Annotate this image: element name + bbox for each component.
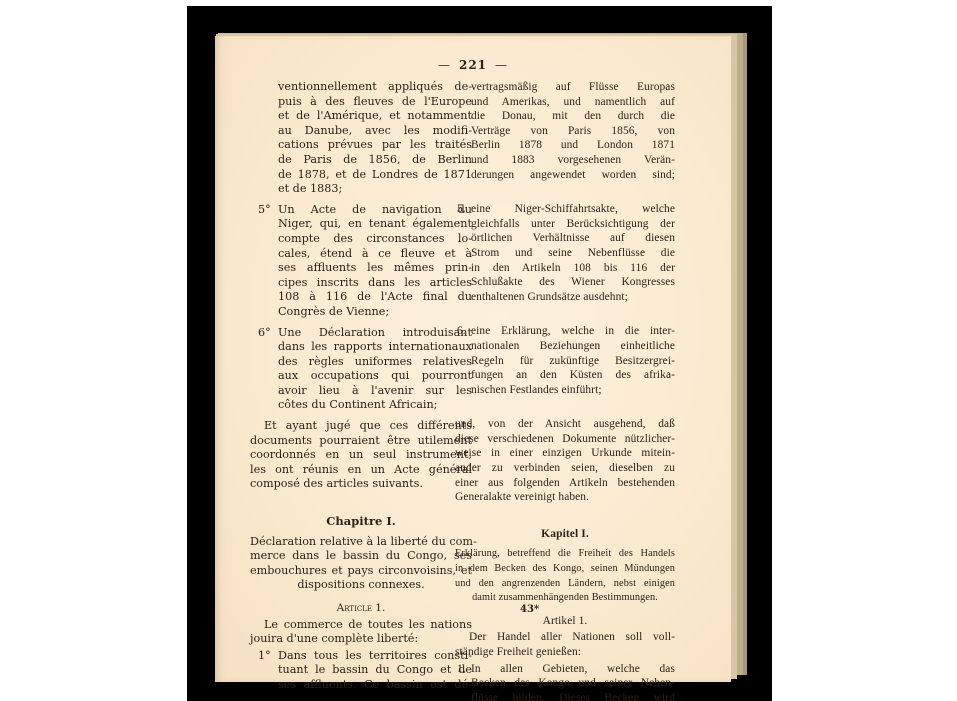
text-line: und den angrenzenden Ländern, nebst eini… xyxy=(455,577,675,592)
de-article-item-1: 1. In allen Gebieten, welche das Becken … xyxy=(455,662,675,701)
text-line: au Danube, avec les modifi- xyxy=(278,124,472,139)
text-line: ander zu verbinden seien, dieselben zu xyxy=(455,461,675,476)
fr-item-5: 5° Un Acte de navigation du Niger, qui, … xyxy=(250,203,472,320)
text-line: Regeln für zukünftige Besitzergrei- xyxy=(471,354,675,369)
page-number: 221 xyxy=(459,58,487,72)
text-line: avoir lieu à l'avenir sur les xyxy=(278,384,472,399)
fr-article-title: Article 1. xyxy=(250,601,472,616)
de-chapter-title: Kapitel I. xyxy=(455,527,675,542)
text-line: ses affluents les mêmes prin- xyxy=(278,261,472,276)
text-line: eine Niger-Schiffahrtsakte, welche xyxy=(471,202,675,217)
text-line: diese verschiedenen Dokumente nützlicher… xyxy=(455,432,675,447)
text-line: in den Artikeln 108 bis 116 der xyxy=(471,261,675,276)
page-header: —221— xyxy=(215,58,731,72)
text-line: gleichfalls unter Berücksichtigung der xyxy=(471,217,675,232)
text-line: composé des articles suivants. xyxy=(250,477,472,492)
text-line: Une Déclaration introduisant xyxy=(278,326,472,341)
item-number: 5. xyxy=(457,202,466,217)
german-column: vertragsmäßig auf Flüsse Europas und Ame… xyxy=(455,80,675,701)
item-number: 5° xyxy=(258,203,271,218)
text-line: Congrès de Vienne; xyxy=(278,305,472,320)
text-line: les ont réunis en un Acte général xyxy=(250,463,472,478)
french-column: ventionnellement appliqués de- puis à de… xyxy=(250,80,472,693)
text-line: et de l'Amérique, et notamment xyxy=(278,109,472,124)
fr-chapter-title: Chapitre I. xyxy=(250,514,472,529)
book-page: —221— ventionnellement appliqués de- pui… xyxy=(215,36,731,682)
text-line: puis à des fleuves de l'Europe xyxy=(278,95,472,110)
text-line: Strom und seine Nebenflüsse die xyxy=(471,246,675,261)
fr-chapter-subtitle: Déclaration relative à la liberté du com… xyxy=(250,535,472,593)
text-line: dispositions connexes. xyxy=(250,578,472,593)
text-line: Niger, qui, en tenant également xyxy=(278,217,472,232)
text-line: ständige Freiheit genießen: xyxy=(455,645,675,660)
text-line: Generalakte vereinigt haben. xyxy=(455,490,675,505)
text-line: nischen Festlandes einführt; xyxy=(471,383,675,398)
item-number: 6° xyxy=(258,326,271,341)
folio-signature: 43* xyxy=(520,604,539,615)
text-line: enthaltenen Grundsätze ausdehnt; xyxy=(471,290,675,305)
text-line: weise in einer einzigen Urkunde mitein- xyxy=(455,446,675,461)
text-line: Dans tous les territoires consti- xyxy=(278,649,472,664)
de-continuation: vertragsmäßig auf Flüsse Europas und Ame… xyxy=(455,80,675,182)
text-line: Becken des Kongo und seiner Neben- xyxy=(471,676,675,691)
text-line: örtlichen Verhältnisse auf diesen xyxy=(471,231,675,246)
text-line: documents pourraient être utilement xyxy=(250,434,472,449)
text-line: nationalen Beziehungen einheitliche xyxy=(471,339,675,354)
text-line: des règles uniformes relatives xyxy=(278,355,472,370)
item-number: 1. xyxy=(457,662,466,677)
fr-item-6: 6° Une Déclaration introduisant dans les… xyxy=(250,326,472,414)
de-chapter-subtitle: Erklärung, betreffend die Freiheit des H… xyxy=(455,547,675,605)
text-line: ses affluents. Ce bassin est dé- xyxy=(278,678,472,693)
text-line: flüsse bilden. Dieses Becken wird xyxy=(471,691,675,701)
de-item-6: 6. eine Erklärung, welche in die inter- … xyxy=(455,324,675,397)
text-line: Déclaration relative à la liberté du com… xyxy=(250,535,472,550)
de-conclusion: und, von der Ansicht ausgehend, daß dies… xyxy=(455,417,675,505)
text-line: embouchures et pays circonvoisins, et xyxy=(250,564,472,579)
text-line: de 1878, et de Londres de 1871 xyxy=(278,168,472,183)
text-line: Un Acte de navigation du xyxy=(278,203,472,218)
text-line: tuant le bassin du Congo et de xyxy=(278,663,472,678)
text-line: In allen Gebieten, welche das xyxy=(471,662,675,677)
text-line: in dem Becken des Kongo, seinen Mündunge… xyxy=(455,562,675,577)
fr-article-item-1: 1° Dans tous les territoires consti- tua… xyxy=(250,649,472,693)
text-line: fungen an den Küsten des afrika- xyxy=(471,368,675,383)
text-line: Berlin 1878 und London 1871 xyxy=(471,138,675,153)
text-line: aux occupations qui pourront xyxy=(278,369,472,384)
text-line: dans les rapports internationaux xyxy=(278,340,472,355)
item-number: 1° xyxy=(258,649,271,664)
text-line: côtes du Continent Africain; xyxy=(278,398,472,413)
text-line: Verträge von Paris 1856, von xyxy=(471,124,675,139)
text-line: damit zusammenhängenden Bestimmungen. xyxy=(455,591,675,606)
text-line: 108 à 116 de l'Acte final du xyxy=(278,290,472,305)
de-article-title: Artikel 1. xyxy=(455,614,675,629)
text-line: eine Erklärung, welche in die inter- xyxy=(471,324,675,339)
text-line: und 1883 vorgesehenen Verän- xyxy=(471,153,675,168)
fr-article-intro: Le commerce de toutes les nations jouira… xyxy=(250,618,472,647)
text-line: cipes inscrits dans les articles xyxy=(278,276,472,291)
text-line: und, von der Ansicht ausgehend, daß xyxy=(455,417,675,432)
text-line: ventionnellement appliqués de- xyxy=(278,80,472,95)
text-line: de Paris de 1856, de Berlin xyxy=(278,153,472,168)
text-line: Schlußakte des Wiener Kongresses xyxy=(471,275,675,290)
text-line: Et ayant jugé que ces différents xyxy=(250,419,472,434)
text-line: einer aus folgenden Artikeln bestehenden xyxy=(455,476,675,491)
text-line: die Donau, mit den durch die xyxy=(471,109,675,124)
de-item-5: 5. eine Niger-Schiffahrtsakte, welche gl… xyxy=(455,202,675,304)
fr-conclusion: Et ayant jugé que ces différents documen… xyxy=(250,419,472,492)
text-line: und Amerikas, und namentlich auf xyxy=(471,95,675,110)
text-line: coordonnés en un seul instrument, xyxy=(250,448,472,463)
text-line: cales, étend à ce fleuve et à xyxy=(278,247,472,262)
text-line: derungen angewendet worden sind; xyxy=(471,168,675,183)
de-article-intro: Der Handel aller Nationen soll voll- stä… xyxy=(455,630,675,659)
text-line: Der Handel aller Nationen soll voll- xyxy=(455,630,675,645)
fr-continuation: ventionnellement appliqués de- puis à de… xyxy=(250,80,472,197)
text-line: merce dans le bassin du Congo, ses xyxy=(250,549,472,564)
text-line: compte des circonstances lo- xyxy=(278,232,472,247)
text-line: Erklärung, betreffend die Freiheit des H… xyxy=(455,547,675,562)
text-line: vertragsmäßig auf Flüsse Europas xyxy=(471,80,675,95)
text-line: Le commerce de toutes les nations xyxy=(250,618,472,633)
text-line: et de 1883; xyxy=(278,182,472,197)
text-line: cations prévues par les traités xyxy=(278,138,472,153)
item-number: 6. xyxy=(457,324,466,339)
text-line: jouira d'une complète liberté: xyxy=(250,632,472,647)
